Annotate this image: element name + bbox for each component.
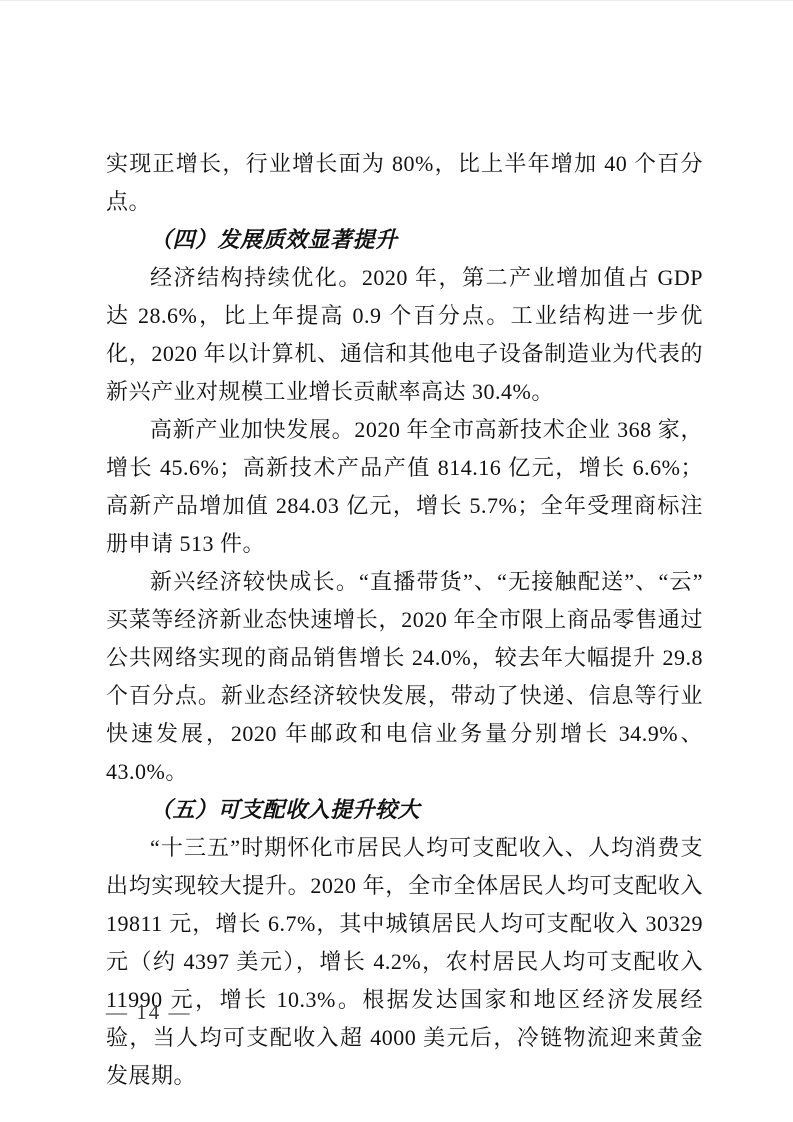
paragraph-new-economy: 新兴经济较快成长。“直播带货”、“无接触配送”、“云”买菜等经济新业态快速增长，… xyxy=(106,563,703,791)
page-number: — 14 — xyxy=(106,1000,192,1024)
document-page: 实现正增长，行业增长面为 80%，比上半年增加 40 个百分点。 （四）发展质效… xyxy=(0,0,793,1122)
page-footer: — 14 — xyxy=(106,997,192,1027)
paragraph-hightech-industry: 高新产业加快发展。2020 年全市高新技术企业 368 家，增长 45.6%；高… xyxy=(106,411,703,563)
document-body: 实现正增长，行业增长面为 80%，比上半年增加 40 个百分点。 （四）发展质效… xyxy=(106,145,703,1095)
paragraph-economic-structure: 经济结构持续优化。2020 年，第二产业增加值占 GDP 达 28.6%，比上年… xyxy=(106,259,703,411)
paragraph-growth-continued: 实现正增长，行业增长面为 80%，比上半年增加 40 个百分点。 xyxy=(106,145,703,221)
section-heading-disposable-income: （五）可支配收入提升较大 xyxy=(106,791,703,829)
paragraph-disposable-income: “十三五”时期怀化市居民人均可支配收入、人均消费支出均实现较大提升。2020 年… xyxy=(106,829,703,1095)
section-heading-quality-improvement: （四）发展质效显著提升 xyxy=(106,221,703,259)
